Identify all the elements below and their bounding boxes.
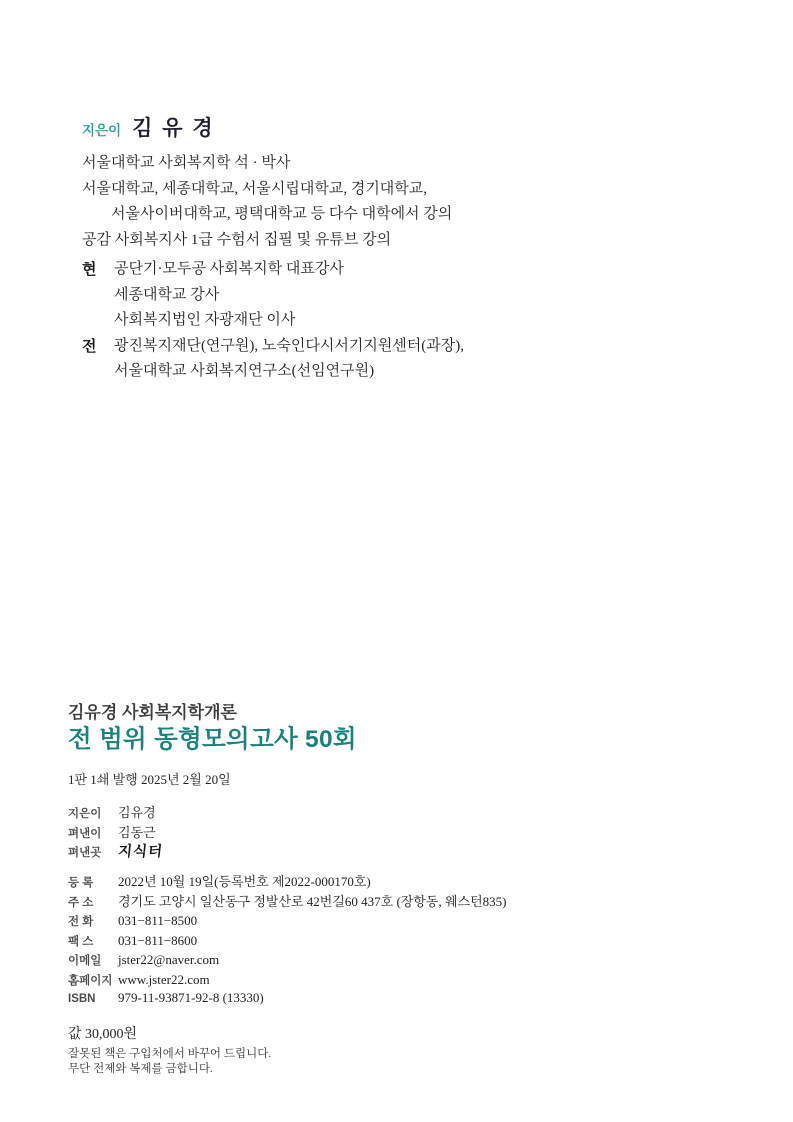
info-label: 전 화: [68, 913, 118, 929]
info-row-address: 주 소 경기도 고양시 일산동구 정발산로 42번길60 437호 (장항동, …: [68, 894, 728, 910]
info-label: 홈페이지: [68, 972, 118, 988]
info-value: 031−811−8600: [118, 934, 197, 948]
author-bio-line: 서울사이버대학교, 평택대학교 등 다수 대학에서 강의: [82, 202, 702, 228]
author-bio-line: 공감 사회복지사 1급 수험서 집필 및 유튜브 강의: [82, 228, 702, 254]
details-group: 등 록 2022년 10월 19일(등록번호 제2022-000170호) 주 …: [68, 874, 728, 1005]
author-role-label: 지은이: [82, 119, 121, 139]
info-label: 주 소: [68, 894, 118, 910]
notice-line: 잘못된 책은 구입처에서 바꾸어 드립니다.: [68, 1047, 728, 1062]
publication-info-section: 김유경 사회복지학개론 전 범위 동형모의고사 50회 1판 1쇄 발행 202…: [68, 702, 728, 1076]
author-bio-line: 서울대학교 사회복지학 석 · 박사: [82, 151, 702, 177]
info-row-registration: 등 록 2022년 10월 19일(등록번호 제2022-000170호): [68, 874, 728, 890]
author-bio-line: 서울대학교, 세종대학교, 서울시립대학교, 경기대학교,: [82, 177, 702, 203]
current-position-line: 공단기·모두공 사회복지학 대표강사: [114, 257, 344, 283]
isbn-value: 979-11-93871-92-8 (13330): [118, 991, 264, 1005]
info-row-fax: 팩 스 031−811−8600: [68, 933, 728, 949]
info-row-isbn: ISBN 979-11-93871-92-8 (13330): [68, 991, 728, 1005]
info-label: 이메일: [68, 952, 118, 968]
former-positions: 전 광진복지재단(연구원), 노숙인다시서기지원센터(과장), 서울대학교 사회…: [82, 334, 702, 385]
info-label: ISBN: [68, 993, 118, 1005]
info-value: 2022년 10월 19일(등록번호 제2022-000170호): [118, 875, 371, 889]
former-label: 전: [82, 334, 114, 360]
former-position-line: 서울대학교 사회복지연구소(선임연구원): [114, 359, 464, 385]
book-title: 전 범위 동형모의고사 50회: [68, 725, 728, 754]
notices: 잘못된 책은 구입처에서 바꾸어 드립니다. 무단 전제와 복제를 금합니다.: [68, 1047, 728, 1076]
info-row-publisher-company: 펴낸곳 지식터: [68, 844, 728, 860]
people-group: 지은이 김유경 펴낸이 김동근 펴낸곳 지식터: [68, 805, 728, 860]
notice-line: 무단 전제와 복제를 금합니다.: [68, 1062, 728, 1077]
current-positions: 현 공단기·모두공 사회복지학 대표강사 세종대학교 강사 사회복지법인 자광재…: [82, 257, 702, 334]
info-row-publisher-person: 펴낸이 김동근: [68, 825, 728, 841]
info-label: 펴낸이: [68, 825, 118, 841]
former-lines: 광진복지재단(연구원), 노숙인다시서기지원센터(과장), 서울대학교 사회복지…: [114, 334, 464, 385]
current-lines: 공단기·모두공 사회복지학 대표강사 세종대학교 강사 사회복지법인 자광재단 …: [114, 257, 344, 334]
former-position-line: 광진복지재단(연구원), 노숙인다시서기지원센터(과장),: [114, 334, 464, 360]
price: 값 30,000원: [68, 1023, 728, 1043]
info-label: 펴낸곳: [68, 844, 118, 860]
info-label: 지은이: [68, 805, 118, 821]
info-row-homepage: 홈페이지 www.jster22.com: [68, 972, 728, 988]
info-row-author: 지은이 김유경: [68, 805, 728, 821]
info-value: 031−811−8500: [118, 914, 197, 928]
edition-date: 1판 1쇄 발행 2025년 2월 20일: [68, 769, 728, 788]
current-position-line: 세종대학교 강사: [114, 283, 344, 309]
author-section: 지은이 김 유 경 서울대학교 사회복지학 석 · 박사 서울대학교, 세종대학…: [82, 112, 702, 385]
publisher-logo: 지식터: [117, 846, 163, 860]
homepage-value: www.jster22.com: [118, 973, 210, 987]
email-value: jster22@naver.com: [118, 953, 219, 967]
info-row-email: 이메일 jster22@naver.com: [68, 952, 728, 968]
info-label: 등 록: [68, 874, 118, 890]
current-position-line: 사회복지법인 자광재단 이사: [114, 308, 344, 334]
series-title: 김유경 사회복지학개론: [68, 702, 728, 723]
info-value: 김동근: [118, 826, 156, 840]
colophon-page: 지은이 김 유 경 서울대학교 사회복지학 석 · 박사 서울대학교, 세종대학…: [0, 0, 793, 1122]
info-value: 경기도 고양시 일산동구 정발산로 42번길60 437호 (장항동, 웨스턴8…: [118, 895, 507, 909]
info-row-phone: 전 화 031−811−8500: [68, 913, 728, 929]
author-heading: 지은이 김 유 경: [82, 112, 702, 142]
info-value: 김유경: [118, 806, 156, 820]
current-label: 현: [82, 257, 114, 283]
info-label: 팩 스: [68, 933, 118, 949]
author-name: 김 유 경: [132, 112, 215, 142]
